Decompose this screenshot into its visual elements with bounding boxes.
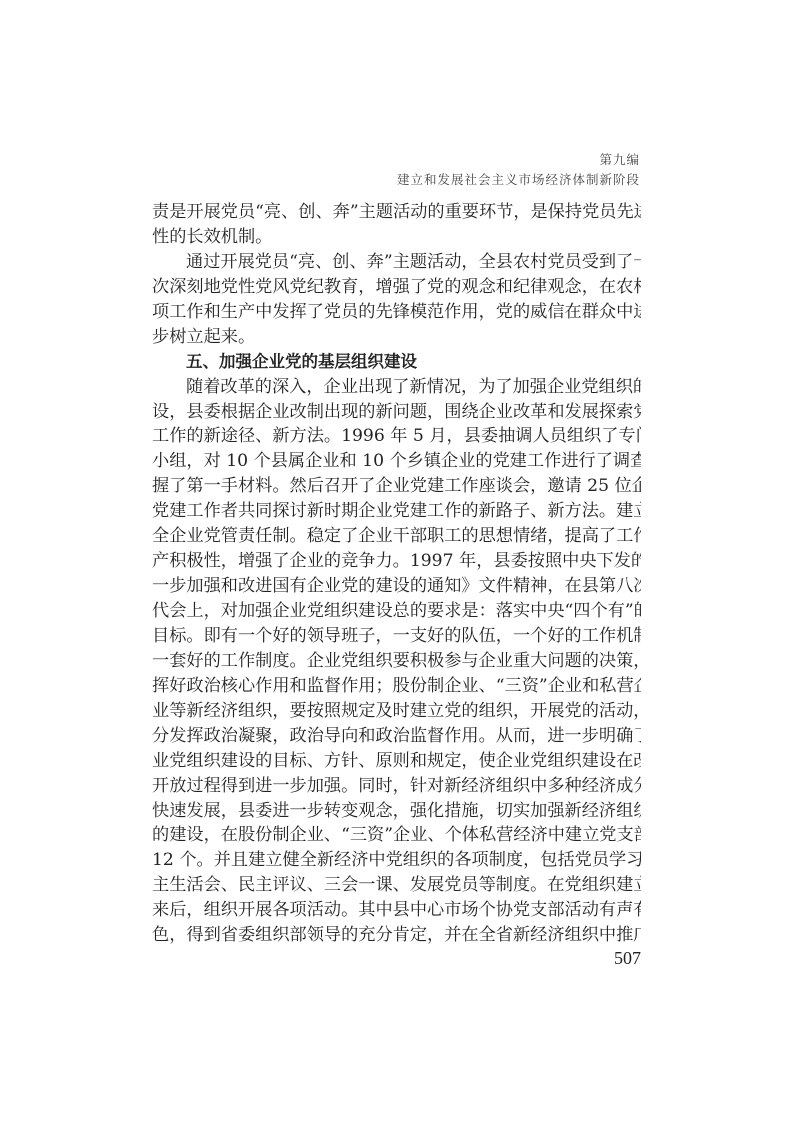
text-line: 12 个。并且建立健全新经济中党组织的各项制度，包括党员学习、民 (152, 848, 641, 873)
text-line: 产积极性，增强了企业的竞争力。1997 年，县委按照中央下发的《进 (152, 549, 641, 574)
text-line: 小组，对 10 个县属企业和 10 个乡镇企业的党建工作进行了调查，掌 (152, 449, 641, 474)
text-line: 的建设，在股份制企业、“三资”企业、个体私营经济中建立党支部 (152, 823, 641, 848)
text-line: 分发挥政治凝聚，政治导向和政治监督作用。从而，进一步明确了企 (152, 724, 641, 749)
text-line: 一套好的工作制度。企业党组织要积极参与企业重大问题的决策，发 (152, 649, 641, 674)
text-line: 挥好政治核心作用和监督作用；股份制企业、“三资”企业和私营企 (152, 674, 641, 699)
page-number: 507 (614, 948, 641, 969)
running-header: 第九编 建立和发展社会主义市场经济体制新阶段 (397, 150, 640, 190)
text-line: 责是开展党员“亮、创、奔”主题活动的重要环节，是保持党员先进 (152, 200, 641, 225)
text-line: 目标。即有一个好的领导班子，一支好的队伍，一个好的工作机制， (152, 624, 641, 649)
text-line: 全企业党管责任制。稳定了企业干部职工的思想情绪，提高了工作生 (152, 524, 641, 549)
text-line: 握了第一手材料。然后召开了企业党建工作座谈会，邀请 25 位企业 (152, 474, 641, 499)
text-line: 次深刻地党性党风党纪教育，增强了党的观念和纪律观念，在农村各 (152, 275, 641, 300)
text-line: 快速发展，县委进一步转变观念，强化措施，切实加强新经济组织党 (152, 799, 641, 824)
text-line: 性的长效机制。 (152, 225, 641, 250)
text-line: 设，县委根据企业改制出现的新问题，围绕企业改革和发展探索党建 (152, 400, 641, 425)
text-line: 随着改革的深入，企业出现了新情况，为了加强企业党组织的建 (152, 375, 641, 400)
text-line: 开放过程得到进一步加强。同时，针对新经济组织中多种经济成分的 (152, 774, 641, 799)
body-text: 责是开展党员“亮、创、奔”主题活动的重要环节，是保持党员先进性的长效机制。通过开… (152, 200, 641, 948)
text-line: 业等新经济组织，要按照规定及时建立党的组织，开展党的活动，充 (152, 699, 641, 724)
section-title: 建立和发展社会主义市场经济体制新阶段 (397, 170, 640, 190)
text-line: 党建工作者共同探讨新时期企业党建工作的新路子、新方法。建立健 (152, 499, 641, 524)
text-line: 主生活会、民主评议、三会一课、发展党员等制度。在党组织建立起 (152, 873, 641, 898)
text-line: 业党组织建设的目标、方针、原则和规定，使企业党组织建设在改革 (152, 749, 641, 774)
part-label: 第九编 (397, 150, 640, 170)
text-line: 通过开展党员“亮、创、奔”主题活动，全县农村党员受到了一 (152, 250, 641, 275)
section-heading: 五、加强企业党的基层组织建设 (152, 350, 641, 375)
text-line: 代会上，对加强企业党组织建设总的要求是：落实中央“四个有”的 (152, 599, 641, 624)
text-line: 工作的新途径、新方法。1996 年 5 月，县委抽调人员组织了专门调查 (152, 424, 641, 449)
text-line: 项工作和生产中发挥了党员的先锋模范作用，党的威信在群众中进一 (152, 300, 641, 325)
text-line: 一步加强和改进国有企业党的建设的通知》文件精神，在县第八次党 (152, 574, 641, 599)
text-line: 来后，组织开展各项活动。其中县中心市场个协党支部活动有声有 (152, 898, 641, 923)
text-line: 步树立起来。 (152, 325, 641, 350)
text-line: 色，得到省委组织部领导的充分肯定，并在全省新经济组织中推广。 (152, 923, 641, 948)
